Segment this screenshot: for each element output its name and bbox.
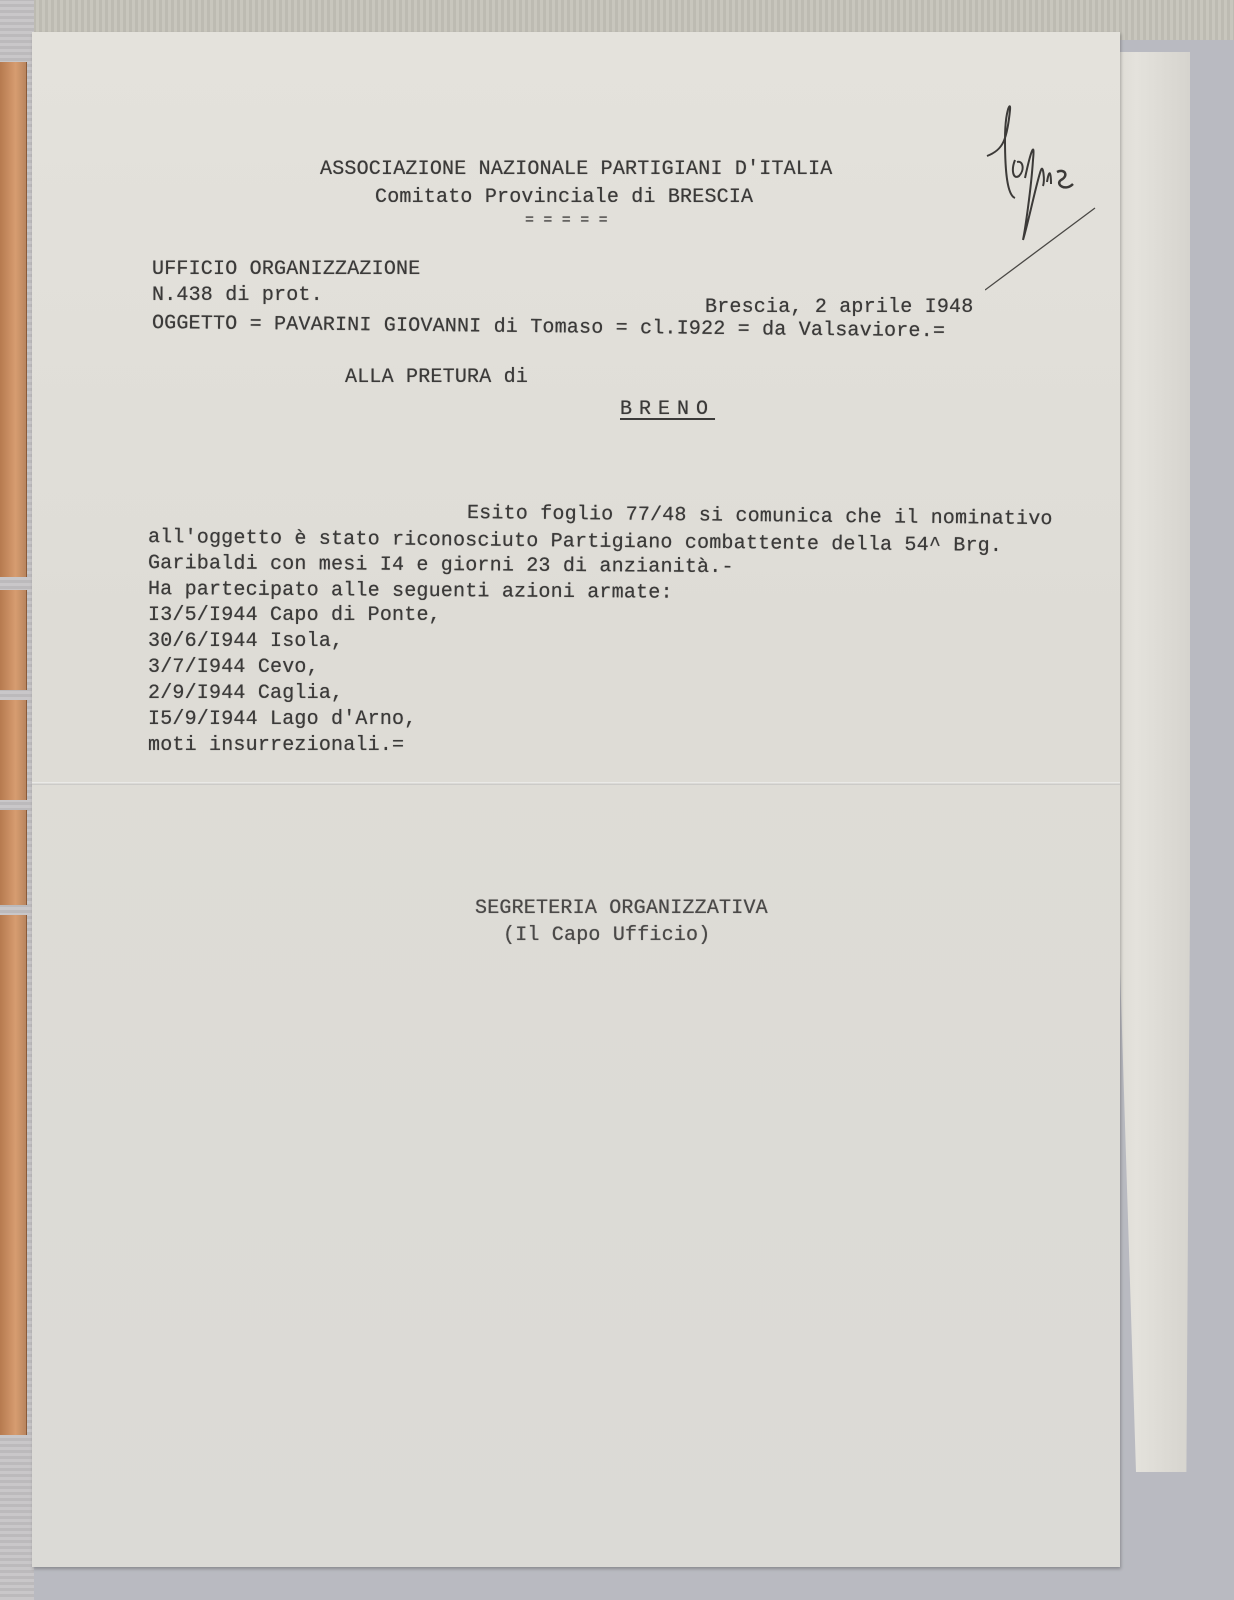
wooden-frame-upper [0,62,27,577]
office-name: UFFICIO ORGANIZZAZIONE [152,258,420,281]
wooden-frame-block [0,810,27,905]
letterhead-separator: = = = = = [525,212,608,229]
recipient-city: BRENO [620,398,715,421]
place-and-date: Brescia, 2 aprile I948 [705,296,973,319]
signature-office: SEGRETERIA ORGANIZZATIVA [475,897,768,920]
action-item: moti insurrezionali.= [148,734,404,757]
action-item: 2/9/I944 Caglia, [148,682,343,705]
wooden-frame-block [0,700,27,800]
letterhead-committee: Comitato Provinciale di BRESCIA [375,186,753,209]
action-item: 30/6/I944 Isola, [148,630,343,653]
body-line: Ha partecipato alle seguenti azioni arma… [148,578,673,605]
wooden-frame-lower [0,915,27,1435]
recipient-line: ALLA PRETURA di [345,366,528,389]
protocol-number: N.438 di prot. [152,284,323,307]
body-line: Garibaldi con mesi I4 e giorni 23 di anz… [148,552,734,579]
letterhead-organization: ASSOCIAZIONE NAZIONALE PARTIGIANI D'ITAL… [320,158,832,181]
signature-title: (Il Capo Ufficio) [503,924,710,947]
paper-fold-crease [32,782,1120,785]
action-item: I3/5/I944 Capo di Ponte, [148,604,441,627]
action-item: 3/7/I944 Cevo, [148,656,319,679]
handwritten-copie-annotation [985,100,1115,300]
wooden-frame-block [0,590,27,690]
action-item: I5/9/I944 Lago d'Arno, [148,708,416,731]
